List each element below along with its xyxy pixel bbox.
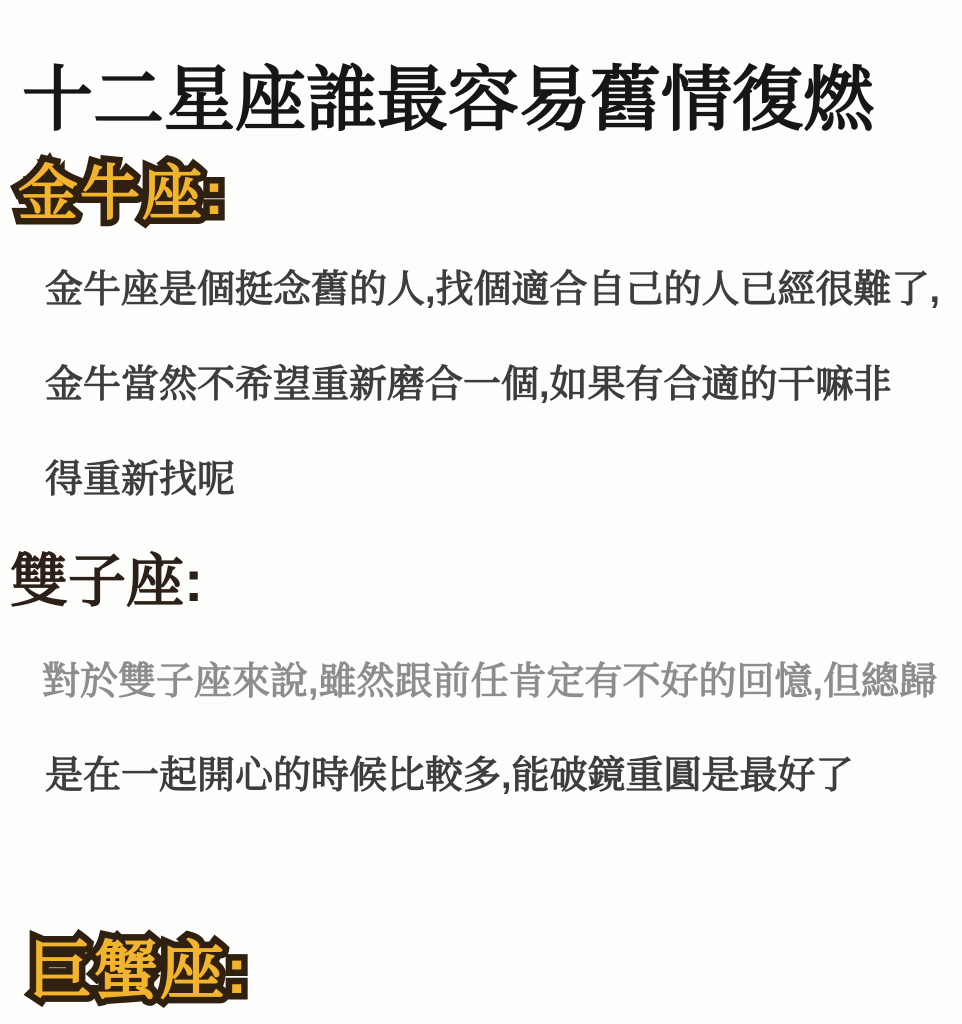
section-heading-gemini: 雙子座:: [10, 534, 203, 618]
article-page: 十二星座誰最容易舊情復燃 金牛座: 金牛座: 金牛座是個挺念舊的人,找個適合自己…: [0, 0, 962, 1024]
gemini-paragraph-line-2: 是在一起開心的時候比較多,能破鏡重圓是最好了: [45, 744, 854, 799]
page-title: 十二星座誰最容易舊情復燃: [22, 62, 874, 140]
taurus-paragraph-line-1: 金牛座是個挺念舊的人,找個適合自己的人已經很難了,: [45, 258, 940, 313]
taurus-paragraph-line-2: 金牛當然不希望重新磨合一個,如果有合適的干嘛非: [45, 353, 892, 408]
gemini-paragraph-line-1: 對於雙子座來說,雖然跟前任肯定有不好的回憶,但總歸: [42, 650, 937, 705]
section-heading-cancer: 巨蟹座: 巨蟹座:: [28, 920, 249, 1012]
section-heading-cancer-label: 巨蟹座:: [28, 935, 249, 1007]
section-heading-taurus: 金牛座: 金牛座:: [18, 146, 226, 232]
taurus-paragraph-line-3: 得重新找呢: [45, 448, 235, 503]
section-heading-taurus-label: 金牛座:: [18, 160, 226, 227]
